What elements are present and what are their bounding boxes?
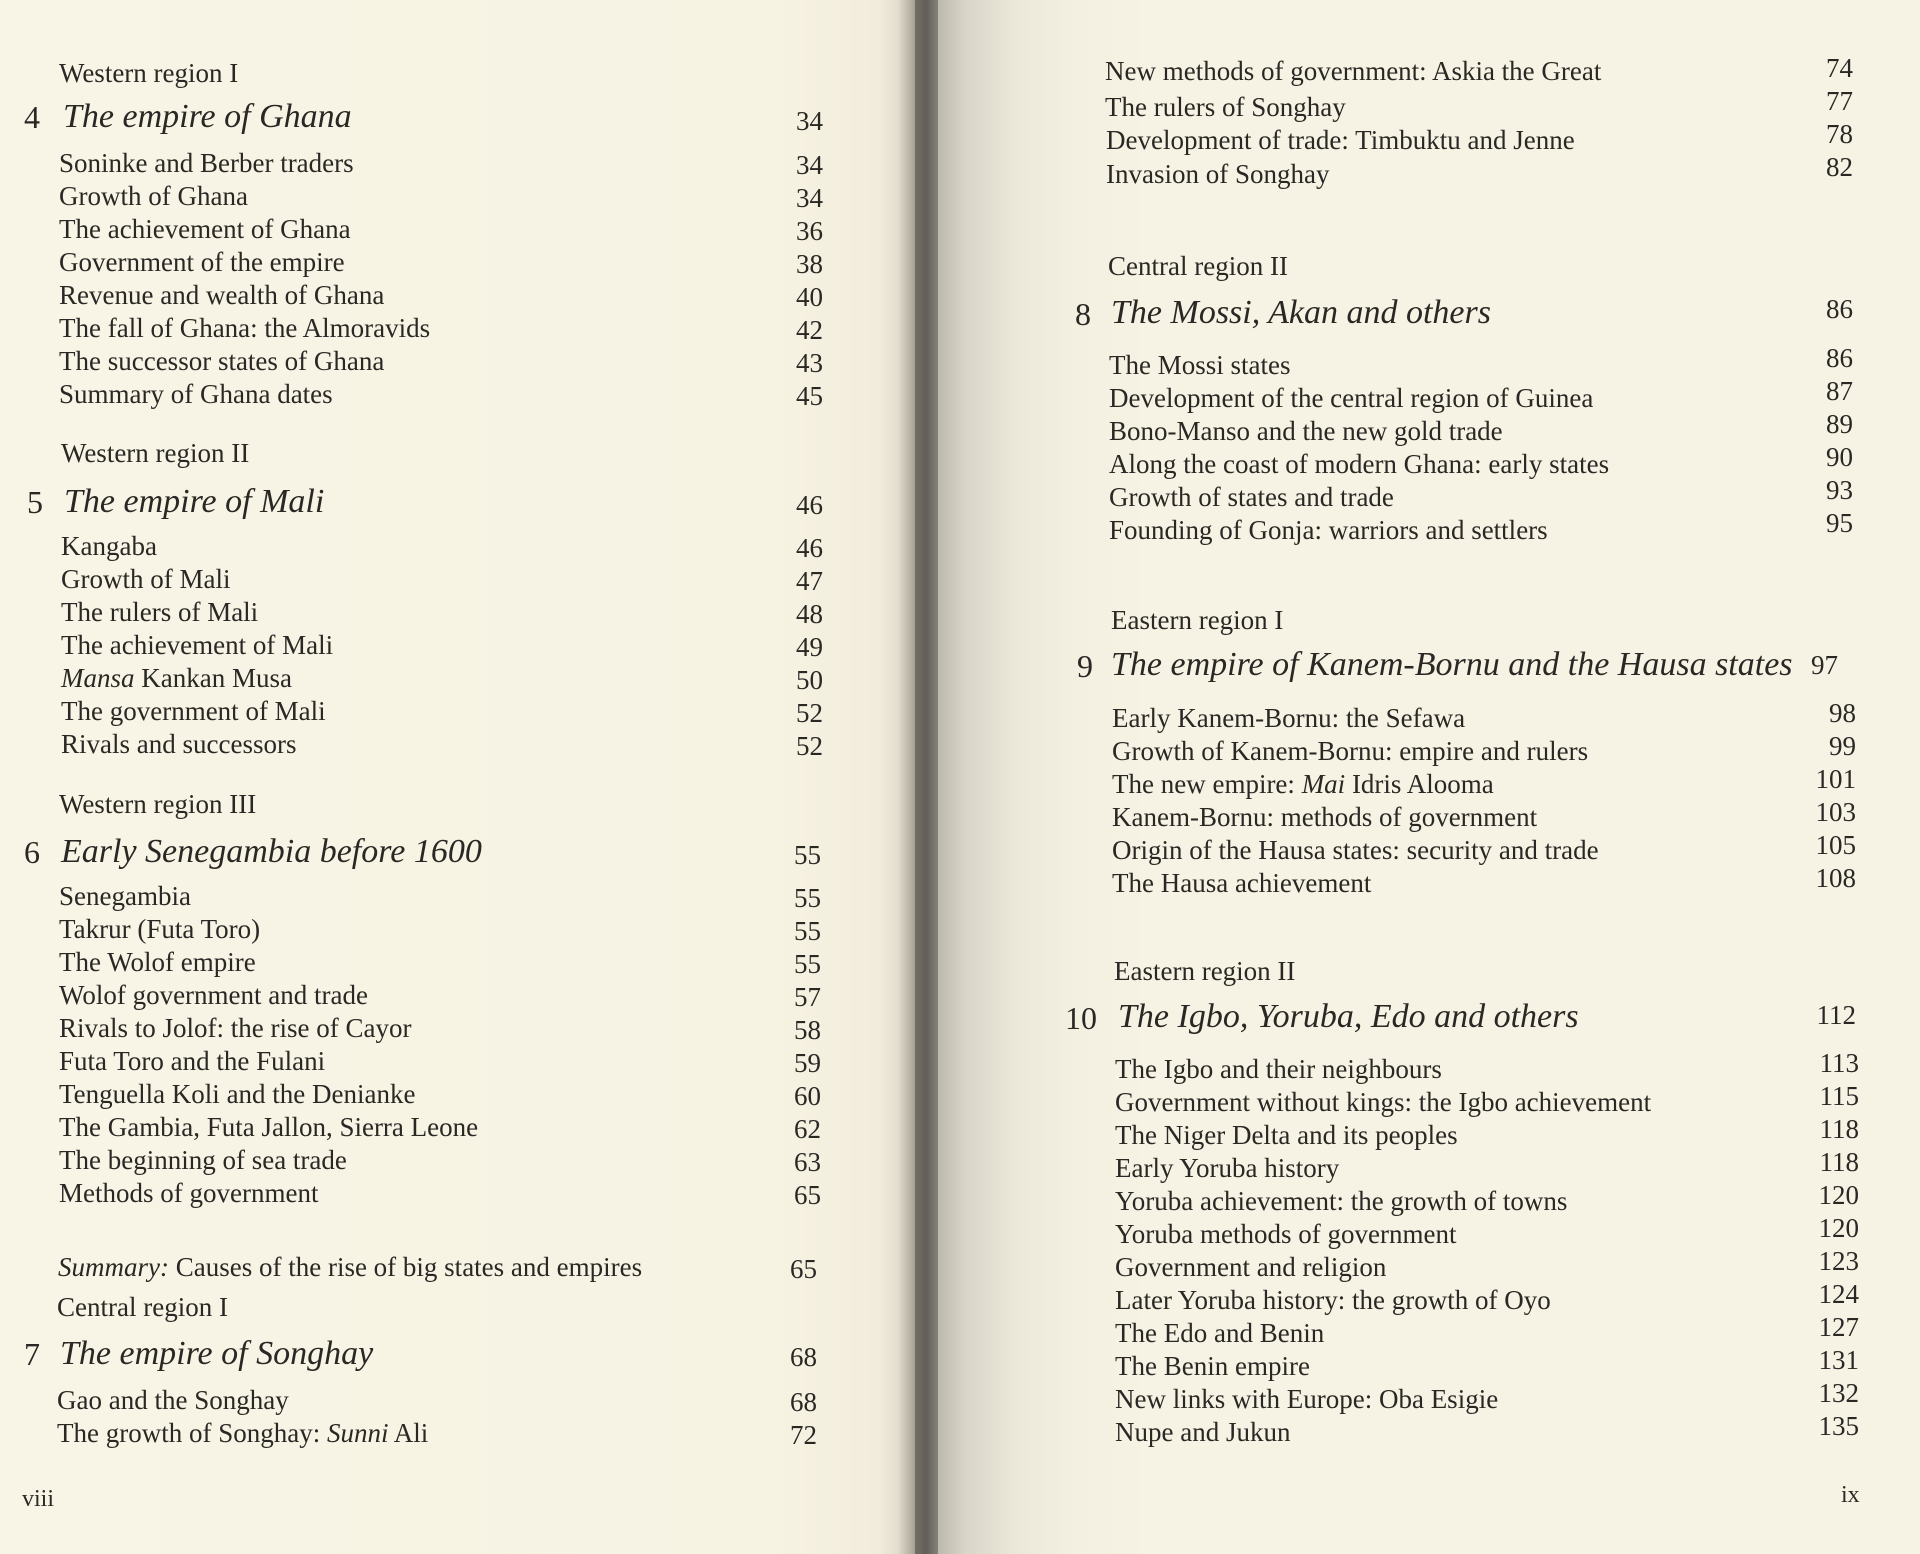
chapter-number: 6 (24, 836, 40, 868)
entry-text: The growth of Songhay: (57, 1418, 327, 1448)
region-heading: Western region III (59, 791, 256, 818)
toc-entry[interactable]: Early Kanem-Bornu: the Sefawa (1112, 705, 1465, 732)
region-heading: Western region I (59, 60, 238, 87)
toc-page-number: 90 (1773, 444, 1853, 471)
toc-page-number: 101 (1776, 766, 1856, 793)
chapter-page-number: 86 (1773, 296, 1853, 323)
toc-entry[interactable]: Invasion of Songhay (1106, 161, 1329, 188)
toc-page-number: 131 (1779, 1347, 1859, 1374)
region-heading: Western region II (61, 440, 249, 467)
toc-page-number: 93 (1773, 477, 1853, 504)
toc-entry[interactable]: Along the coast of modern Ghana: early s… (1109, 451, 1609, 478)
toc-page-number: 55 (741, 918, 821, 945)
toc-page-number: 62 (741, 1116, 821, 1143)
chapter-title[interactable]: The empire of Mali (64, 485, 324, 519)
toc-page-number: 118 (1779, 1149, 1859, 1176)
toc-page-number: 135 (1779, 1413, 1859, 1440)
toc-page-number: 55 (741, 885, 821, 912)
chapter-title[interactable]: Early Senegambia before 1600 (61, 835, 482, 869)
toc-page-number: 86 (1773, 345, 1853, 372)
chapter-title[interactable]: The Igbo, Yoruba, Edo and others (1118, 1000, 1579, 1034)
toc-page-number: 52 (743, 700, 823, 727)
page-folio: viii (22, 1487, 54, 1511)
toc-entry[interactable]: The Mossi states (1109, 352, 1291, 379)
toc-page-number: 72 (737, 1422, 817, 1449)
toc-page-number: 52 (743, 733, 823, 760)
toc-page-number: 36 (743, 218, 823, 245)
toc-page-number: 124 (1779, 1281, 1859, 1308)
region-heading: Central region II (1108, 253, 1288, 280)
toc-entry[interactable]: Kanem-Bornu: methods of government (1112, 804, 1537, 831)
toc-entry[interactable]: Summary of Ghana dates (59, 381, 333, 408)
toc-entry[interactable]: Kangaba (61, 533, 157, 560)
italic-term: Mansa (61, 663, 135, 693)
toc-entry[interactable]: The Wolof empire (59, 949, 256, 976)
chapter-page-number: 46 (743, 492, 823, 519)
toc-entry[interactable]: Methods of government (59, 1180, 318, 1207)
toc-entry[interactable]: Origin of the Hausa states: security and… (1112, 837, 1599, 864)
toc-entry[interactable]: Nupe and Jukun (1115, 1419, 1290, 1446)
toc-page-number: 46 (743, 535, 823, 562)
toc-page-number: 65 (741, 1182, 821, 1209)
toc-entry[interactable]: The Benin empire (1115, 1353, 1310, 1380)
toc-entry[interactable]: Development of the central region of Gui… (1109, 385, 1593, 412)
italic-term: Mai (1302, 769, 1346, 799)
toc-entry[interactable]: Growth of Mali (61, 566, 230, 593)
chapter-page-number: 97 (1758, 652, 1838, 679)
toc-entry[interactable]: Rivals to Jolof: the rise of Cayor (59, 1015, 411, 1042)
toc-entry[interactable]: The rulers of Songhay (1105, 94, 1346, 121)
toc-page-number: 98 (1776, 700, 1856, 727)
chapter-title[interactable]: The empire of Ghana (63, 100, 352, 134)
region-heading: Eastern region II (1114, 958, 1295, 985)
summary-entry[interactable]: Summary: Causes of the rise of big state… (58, 1254, 642, 1281)
toc-entry[interactable]: New methods of government: Askia the Gre… (1105, 58, 1601, 85)
toc-page-number: 68 (737, 1389, 817, 1416)
toc-entry[interactable]: The Igbo and their neighbours (1115, 1056, 1442, 1083)
toc-page-number: 34 (743, 185, 823, 212)
toc-entry[interactable]: Soninke and Berber traders (59, 150, 354, 177)
toc-entry[interactable]: Tenguella Koli and the Denianke (59, 1081, 415, 1108)
toc-page-number: 82 (1773, 154, 1853, 181)
entry-text: Kankan Musa (135, 663, 292, 693)
toc-entry[interactable]: The achievement of Mali (61, 632, 333, 659)
book-gutter-shadow (898, 0, 938, 1554)
toc-page-number: 58 (741, 1017, 821, 1044)
chapter-page-number: 68 (737, 1344, 817, 1371)
chapter-page-number: 34 (743, 108, 823, 135)
left-page: Western region I 4 The empire of Ghana 3… (0, 0, 915, 1554)
toc-entry[interactable]: The Niger Delta and its peoples (1115, 1122, 1458, 1149)
toc-entry[interactable]: Senegambia (59, 883, 191, 910)
toc-page-number: 132 (1779, 1380, 1859, 1407)
chapter-number: 9 (1077, 650, 1093, 682)
toc-page-number: 50 (743, 667, 823, 694)
toc-page-number: 57 (741, 984, 821, 1011)
chapter-title[interactable]: The empire of Songhay (60, 1337, 373, 1371)
toc-entry[interactable]: Wolof government and trade (59, 982, 368, 1009)
toc-page-number: 40 (743, 284, 823, 311)
page-folio: ix (1841, 1483, 1860, 1507)
toc-page-number: 127 (1779, 1314, 1859, 1341)
toc-entry[interactable]: The Edo and Benin (1115, 1320, 1324, 1347)
entry-text: Idris Alooma (1345, 769, 1494, 799)
toc-entry[interactable]: Later Yoruba history: the growth of Oyo (1115, 1287, 1551, 1314)
toc-entry[interactable]: The growth of Songhay: Sunni Ali (57, 1420, 428, 1447)
toc-page-number: 99 (1776, 733, 1856, 760)
toc-entry[interactable]: Government and religion (1115, 1254, 1386, 1281)
toc-page-number: 47 (743, 568, 823, 595)
toc-page-number: 34 (743, 152, 823, 179)
toc-page-number: 48 (743, 601, 823, 628)
toc-entry[interactable]: Development of trade: Timbuktu and Jenne (1106, 127, 1575, 154)
chapter-page-number: 55 (741, 842, 821, 869)
toc-page-number: 59 (741, 1050, 821, 1077)
toc-entry[interactable]: Gao and the Songhay (57, 1387, 289, 1414)
toc-entry[interactable]: The beginning of sea trade (59, 1147, 347, 1174)
toc-page-number: 118 (1779, 1116, 1859, 1143)
toc-entry[interactable]: Rivals and successors (61, 731, 296, 758)
toc-entry[interactable]: Government of the empire (59, 249, 345, 276)
toc-entry[interactable]: Takrur (Futa Toro) (59, 916, 260, 943)
toc-page-number: 55 (741, 951, 821, 978)
toc-entry[interactable]: The Hausa achievement (1112, 870, 1371, 897)
toc-page-number: 108 (1776, 865, 1856, 892)
toc-page-number: 103 (1776, 799, 1856, 826)
toc-entry[interactable]: Futa Toro and the Fulani (59, 1048, 325, 1075)
toc-page-number: 89 (1773, 411, 1853, 438)
toc-entry[interactable]: Mansa Kankan Musa (61, 665, 292, 692)
chapter-title[interactable]: The empire of Kanem-Bornu and the Hausa … (1111, 648, 1793, 682)
toc-entry[interactable]: Founding of Gonja: warriors and settlers (1109, 517, 1548, 544)
chapter-number: 5 (27, 486, 43, 518)
toc-page-number: 95 (1773, 510, 1853, 537)
entry-text: Ali (388, 1418, 428, 1448)
toc-page-number: 43 (743, 350, 823, 377)
toc-entry[interactable]: The new empire: Mai Idris Alooma (1112, 771, 1494, 798)
toc-page-number: 63 (741, 1149, 821, 1176)
toc-page-number: 123 (1779, 1248, 1859, 1275)
toc-page-number: 49 (743, 634, 823, 661)
toc-page-number: 120 (1779, 1182, 1859, 1209)
chapter-number: 8 (1075, 298, 1091, 330)
toc-entry[interactable]: Revenue and wealth of Ghana (59, 282, 384, 309)
toc-page-number: 115 (1779, 1083, 1859, 1110)
toc-entry[interactable]: The government of Mali (61, 698, 326, 725)
toc-page-number: 113 (1779, 1050, 1859, 1077)
toc-page-number: 74 (1773, 55, 1853, 82)
toc-entry[interactable]: Growth of states and trade (1109, 484, 1394, 511)
toc-entry[interactable]: Yoruba methods of government (1115, 1221, 1456, 1248)
toc-page-number: 65 (737, 1256, 817, 1283)
toc-entry[interactable]: The fall of Ghana: the Almoravids (59, 315, 430, 342)
chapter-number: 4 (24, 101, 40, 133)
toc-page-number: 78 (1773, 121, 1853, 148)
summary-label: Summary: (58, 1252, 169, 1282)
toc-entry[interactable]: Growth of Ghana (59, 183, 248, 210)
entry-text: The new empire: (1112, 769, 1302, 799)
toc-entry[interactable]: Growth of Kanem-Bornu: empire and rulers (1112, 738, 1588, 765)
chapter-number: 7 (24, 1338, 40, 1370)
chapter-title[interactable]: The Mossi, Akan and others (1111, 296, 1491, 330)
toc-page-number: 60 (741, 1083, 821, 1110)
chapter-number: 10 (1065, 1002, 1097, 1034)
region-heading: Central region I (57, 1294, 228, 1321)
toc-entry[interactable]: The Gambia, Futa Jallon, Sierra Leone (59, 1114, 478, 1141)
toc-page-number: 87 (1773, 378, 1853, 405)
toc-entry[interactable]: Bono-Manso and the new gold trade (1109, 418, 1503, 445)
right-page: New methods of government: Askia the Gre… (915, 0, 1920, 1554)
toc-entry[interactable]: New links with Europe: Oba Esigie (1115, 1386, 1498, 1413)
toc-entry[interactable]: Government without kings: the Igbo achie… (1115, 1089, 1651, 1116)
toc-entry[interactable]: The achievement of Ghana (59, 216, 351, 243)
toc-entry[interactable]: Early Yoruba history (1115, 1155, 1339, 1182)
toc-page-number: 45 (743, 383, 823, 410)
toc-page-number: 105 (1776, 832, 1856, 859)
toc-entry[interactable]: Yoruba achievement: the growth of towns (1115, 1188, 1567, 1215)
toc-entry[interactable]: The rulers of Mali (61, 599, 258, 626)
toc-page-number: 120 (1779, 1215, 1859, 1242)
chapter-page-number: 112 (1776, 1002, 1856, 1029)
summary-text: Causes of the rise of big states and emp… (169, 1252, 642, 1282)
toc-entry[interactable]: The successor states of Ghana (59, 348, 384, 375)
toc-page-number: 77 (1773, 88, 1853, 115)
toc-page-number: 38 (743, 251, 823, 278)
region-heading: Eastern region I (1111, 607, 1283, 634)
toc-page-number: 42 (743, 317, 823, 344)
italic-term: Sunni (327, 1418, 389, 1448)
